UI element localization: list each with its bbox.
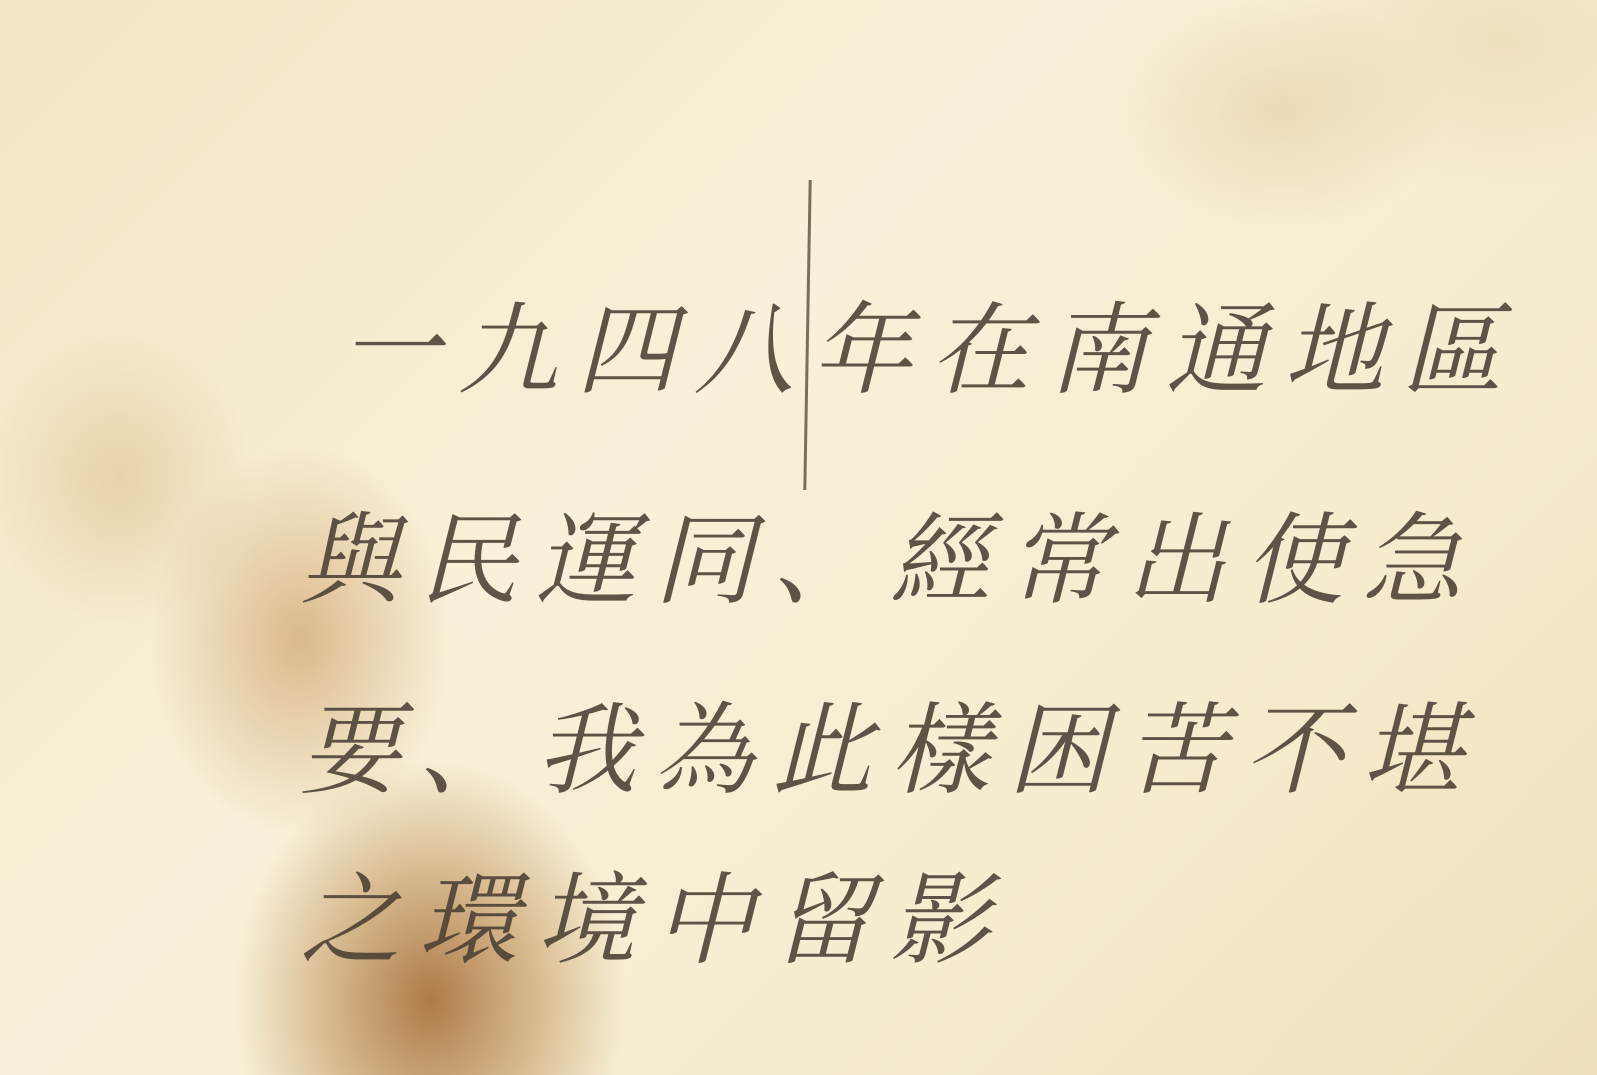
- text-line-1: 一九四八年在南通地區: [340, 270, 1520, 414]
- text-line-4: 之環境中留影: [300, 840, 1008, 984]
- text-line-2: 與民運同、經常出使急: [300, 480, 1480, 624]
- text-line-3: 要、我為此樣困苦不堪: [300, 670, 1480, 814]
